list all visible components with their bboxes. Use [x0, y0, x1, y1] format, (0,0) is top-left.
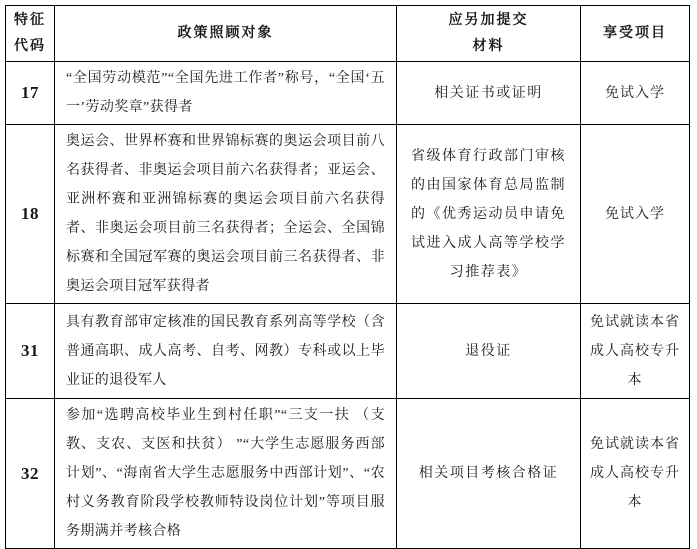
policy-target-cell: 参加“选聘高校毕业生到村任职”“三支一扶 （支教、支农、支医和扶贫） ”“大学生… [55, 399, 397, 549]
feature-code-cell: 18 [6, 125, 55, 304]
materials-cell: 相关证书或证明 [397, 62, 581, 125]
header-feature-code: 特征 代码 [6, 6, 55, 62]
policy-target-cell: 奥运会、世界杯赛和世界锦标赛的奥运会项目前八名获得者、非奥运会项目前六名获得者；… [55, 125, 397, 304]
feature-code-cell: 31 [6, 304, 55, 399]
materials-cell: 退役证 [397, 304, 581, 399]
header-benefit: 享受项目 [581, 6, 690, 62]
table-header-row: 特征 代码 政策照顾对象 应另加提交 材料 享受项目 [6, 6, 690, 62]
policy-target-cell: “全国劳动模范”“全国先进工作者”称号，“全国‘五一’劳动奖章”获得者 [55, 62, 397, 125]
header-materials: 应另加提交 材料 [397, 6, 581, 62]
table-row: 18 奥运会、世界杯赛和世界锦标赛的奥运会项目前八名获得者、非奥运会项目前六名获… [6, 125, 690, 304]
table-row: 17 “全国劳动模范”“全国先进工作者”称号，“全国‘五一’劳动奖章”获得者 相… [6, 62, 690, 125]
benefit-cell: 免试就读本省成人高校专升本 [581, 304, 690, 399]
materials-cell: 省级体育行政部门审核的由国家体育总局监制的《优秀运动员申请免试进入成人高等学校学… [397, 125, 581, 304]
document-page: 特征 代码 政策照顾对象 应另加提交 材料 享受项目 17 “全国劳动模范”“全… [0, 0, 697, 540]
table-row: 31 具有教育部审定核准的国民教育系列高等学校（含普通高职、成人高考、自考、网教… [6, 304, 690, 399]
benefit-cell: 免试入学 [581, 125, 690, 304]
benefit-cell: 免试就读本省成人高校专升本 [581, 399, 690, 549]
policy-exemption-table: 特征 代码 政策照顾对象 应另加提交 材料 享受项目 17 “全国劳动模范”“全… [5, 5, 690, 549]
feature-code-cell: 32 [6, 399, 55, 549]
table-row: 32 参加“选聘高校毕业生到村任职”“三支一扶 （支教、支农、支医和扶贫） ”“… [6, 399, 690, 549]
feature-code-cell: 17 [6, 62, 55, 125]
header-policy-target: 政策照顾对象 [55, 6, 397, 62]
benefit-cell: 免试入学 [581, 62, 690, 125]
policy-target-cell: 具有教育部审定核准的国民教育系列高等学校（含普通高职、成人高考、自考、网教）专科… [55, 304, 397, 399]
materials-cell: 相关项目考核合格证 [397, 399, 581, 549]
